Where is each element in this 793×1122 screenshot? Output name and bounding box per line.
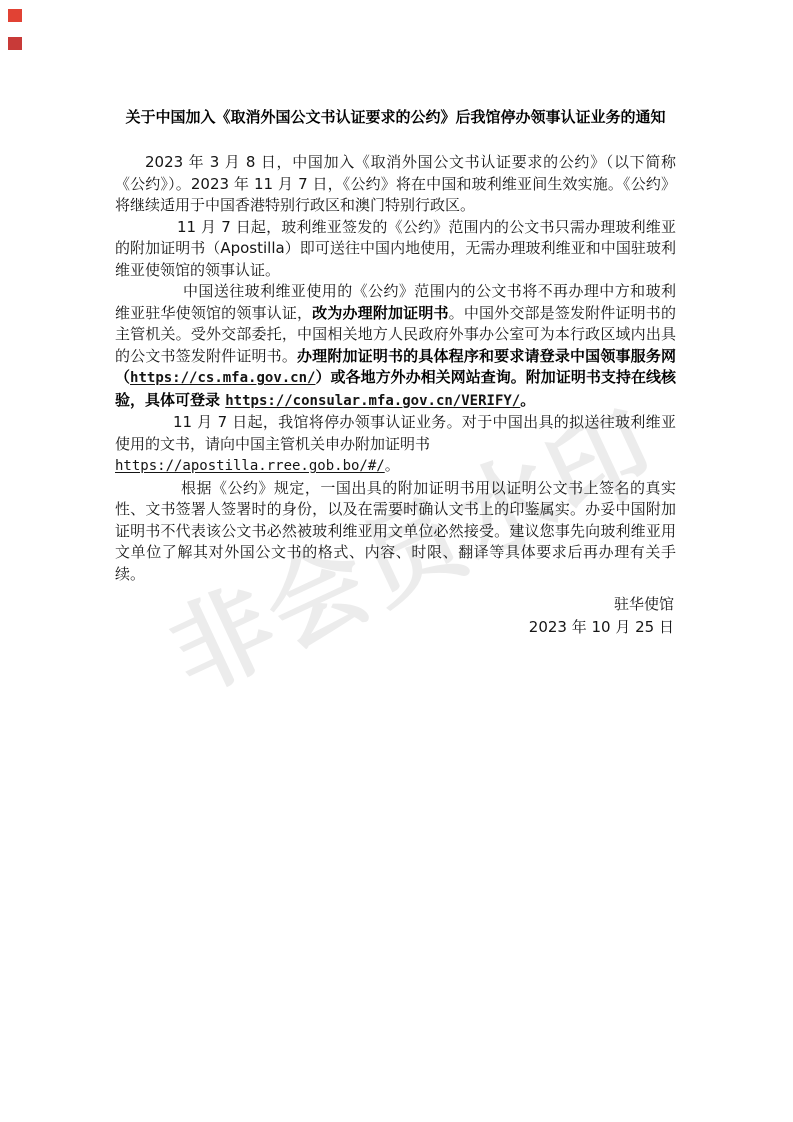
text-segment: 。 bbox=[520, 391, 535, 409]
paragraph: 2023 年 3 月 8 日，中国加入《取消外国公文书认证要求的公约》（以下简称… bbox=[115, 152, 676, 217]
document-page: 非会员水印 关于中国加入《取消外国公文书认证要求的公约》后我馆停办领事认证业务的… bbox=[0, 0, 793, 1122]
signature-block: 驻华使馆 2023 年 10 月 25 日 bbox=[115, 593, 676, 638]
signature-date: 2023 年 10 月 25 日 bbox=[115, 616, 674, 639]
text-segment: 2023 年 3 月 8 日，中国加入《取消外国公文书认证要求的公约》（以下简称… bbox=[115, 153, 676, 214]
text-segment: 根据《公约》规定，一国出具的附加证明书用以证明公文书上签名的真实性、文书签署人签… bbox=[115, 479, 676, 583]
text-segment: 改为办理附加证明书 bbox=[312, 304, 449, 322]
text-segment: 11 月 7 日起，我馆将停办领事认证业务。对于中国出具的拟送往玻利维亚使用的文… bbox=[115, 413, 676, 453]
text-segment: 11 月 7 日起，玻利维亚签发的《公约》范围内的公文书只需办理玻利维亚的附加证… bbox=[115, 218, 676, 279]
body-paragraphs: 2023 年 3 月 8 日，中国加入《取消外国公文书认证要求的公约》（以下简称… bbox=[115, 152, 676, 585]
url-link[interactable]: https://consular.mfa.gov.cn/VERIFY/ bbox=[225, 393, 520, 409]
paragraph: 11 月 7 日起，我馆将停办领事认证业务。对于中国出具的拟送往玻利维亚使用的文… bbox=[115, 412, 676, 478]
url-link[interactable]: https://cs.mfa.gov.cn/ bbox=[130, 370, 315, 386]
text-segment: 。 bbox=[385, 456, 400, 474]
document-content: 关于中国加入《取消外国公文书认证要求的公约》后我馆停办领事认证业务的通知 202… bbox=[115, 106, 676, 638]
signature-org: 驻华使馆 bbox=[115, 593, 674, 616]
paragraph: 11 月 7 日起，玻利维亚签发的《公约》范围内的公文书只需办理玻利维亚的附加证… bbox=[115, 217, 676, 282]
url-link[interactable]: https://apostilla.rree.gob.bo/#/ bbox=[115, 458, 385, 474]
red-scan-mark-top bbox=[8, 9, 22, 22]
red-scan-mark-bottom bbox=[8, 37, 22, 50]
paragraph: 根据《公约》规定，一国出具的附加证明书用以证明公文书上签名的真实性、文书签署人签… bbox=[115, 478, 676, 586]
paragraph: 中国送往玻利维亚使用的《公约》范围内的公文书将不再办理中方和玻利维亚驻华使领馆的… bbox=[115, 281, 676, 412]
document-title: 关于中国加入《取消外国公文书认证要求的公约》后我馆停办领事认证业务的通知 bbox=[115, 106, 676, 128]
